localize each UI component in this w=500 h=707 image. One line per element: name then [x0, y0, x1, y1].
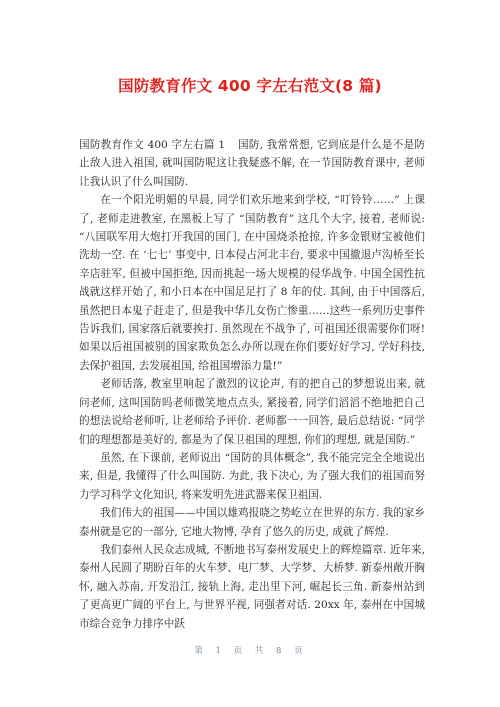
paragraph-6: 我们泰州人民众志成城, 不断地书写泰州发展史上的辉煌篇章. 近年来, 泰州人民圆…	[79, 541, 425, 633]
essay-heading: 国防教育作文 400 字左右篇 1	[79, 139, 225, 151]
document-body: 国防教育作文 400 字左右篇 1国防, 我常常想, 它到底是什么是不是防止敌人…	[79, 136, 425, 633]
paragraph-1: 国防教育作文 400 字左右篇 1国防, 我常常想, 它到底是什么是不是防止敌人…	[79, 136, 425, 191]
paragraph-2: 在一个阳光明媚的早晨, 同学们欢乐地来到学校, “叮铃铃……” 上课了, 老师走…	[79, 191, 425, 375]
paragraph-4: 虽然, 在下课前, 老师说出 “国防的具体概念”, 我不能完完全全地说出来, 但…	[79, 449, 425, 504]
document-title: 国防教育作文 400 字左右范文(8 篇)	[0, 74, 500, 96]
paragraph-5: 我们伟大的祖国——中国以雄鸡报晓之势屹立在世界的东方. 我的家乡泰州就是它的一部…	[79, 504, 425, 541]
page-number-footer: 第 1 页 共 8 页	[0, 644, 500, 656]
paragraph-3: 老师话落, 教室里响起了激烈的议论声, 有的把自己的梦想说出来, 就问老师, 这…	[79, 375, 425, 449]
document-page: 国防教育作文 400 字左右范文(8 篇) 国防教育作文 400 字左右篇 1国…	[0, 0, 500, 707]
